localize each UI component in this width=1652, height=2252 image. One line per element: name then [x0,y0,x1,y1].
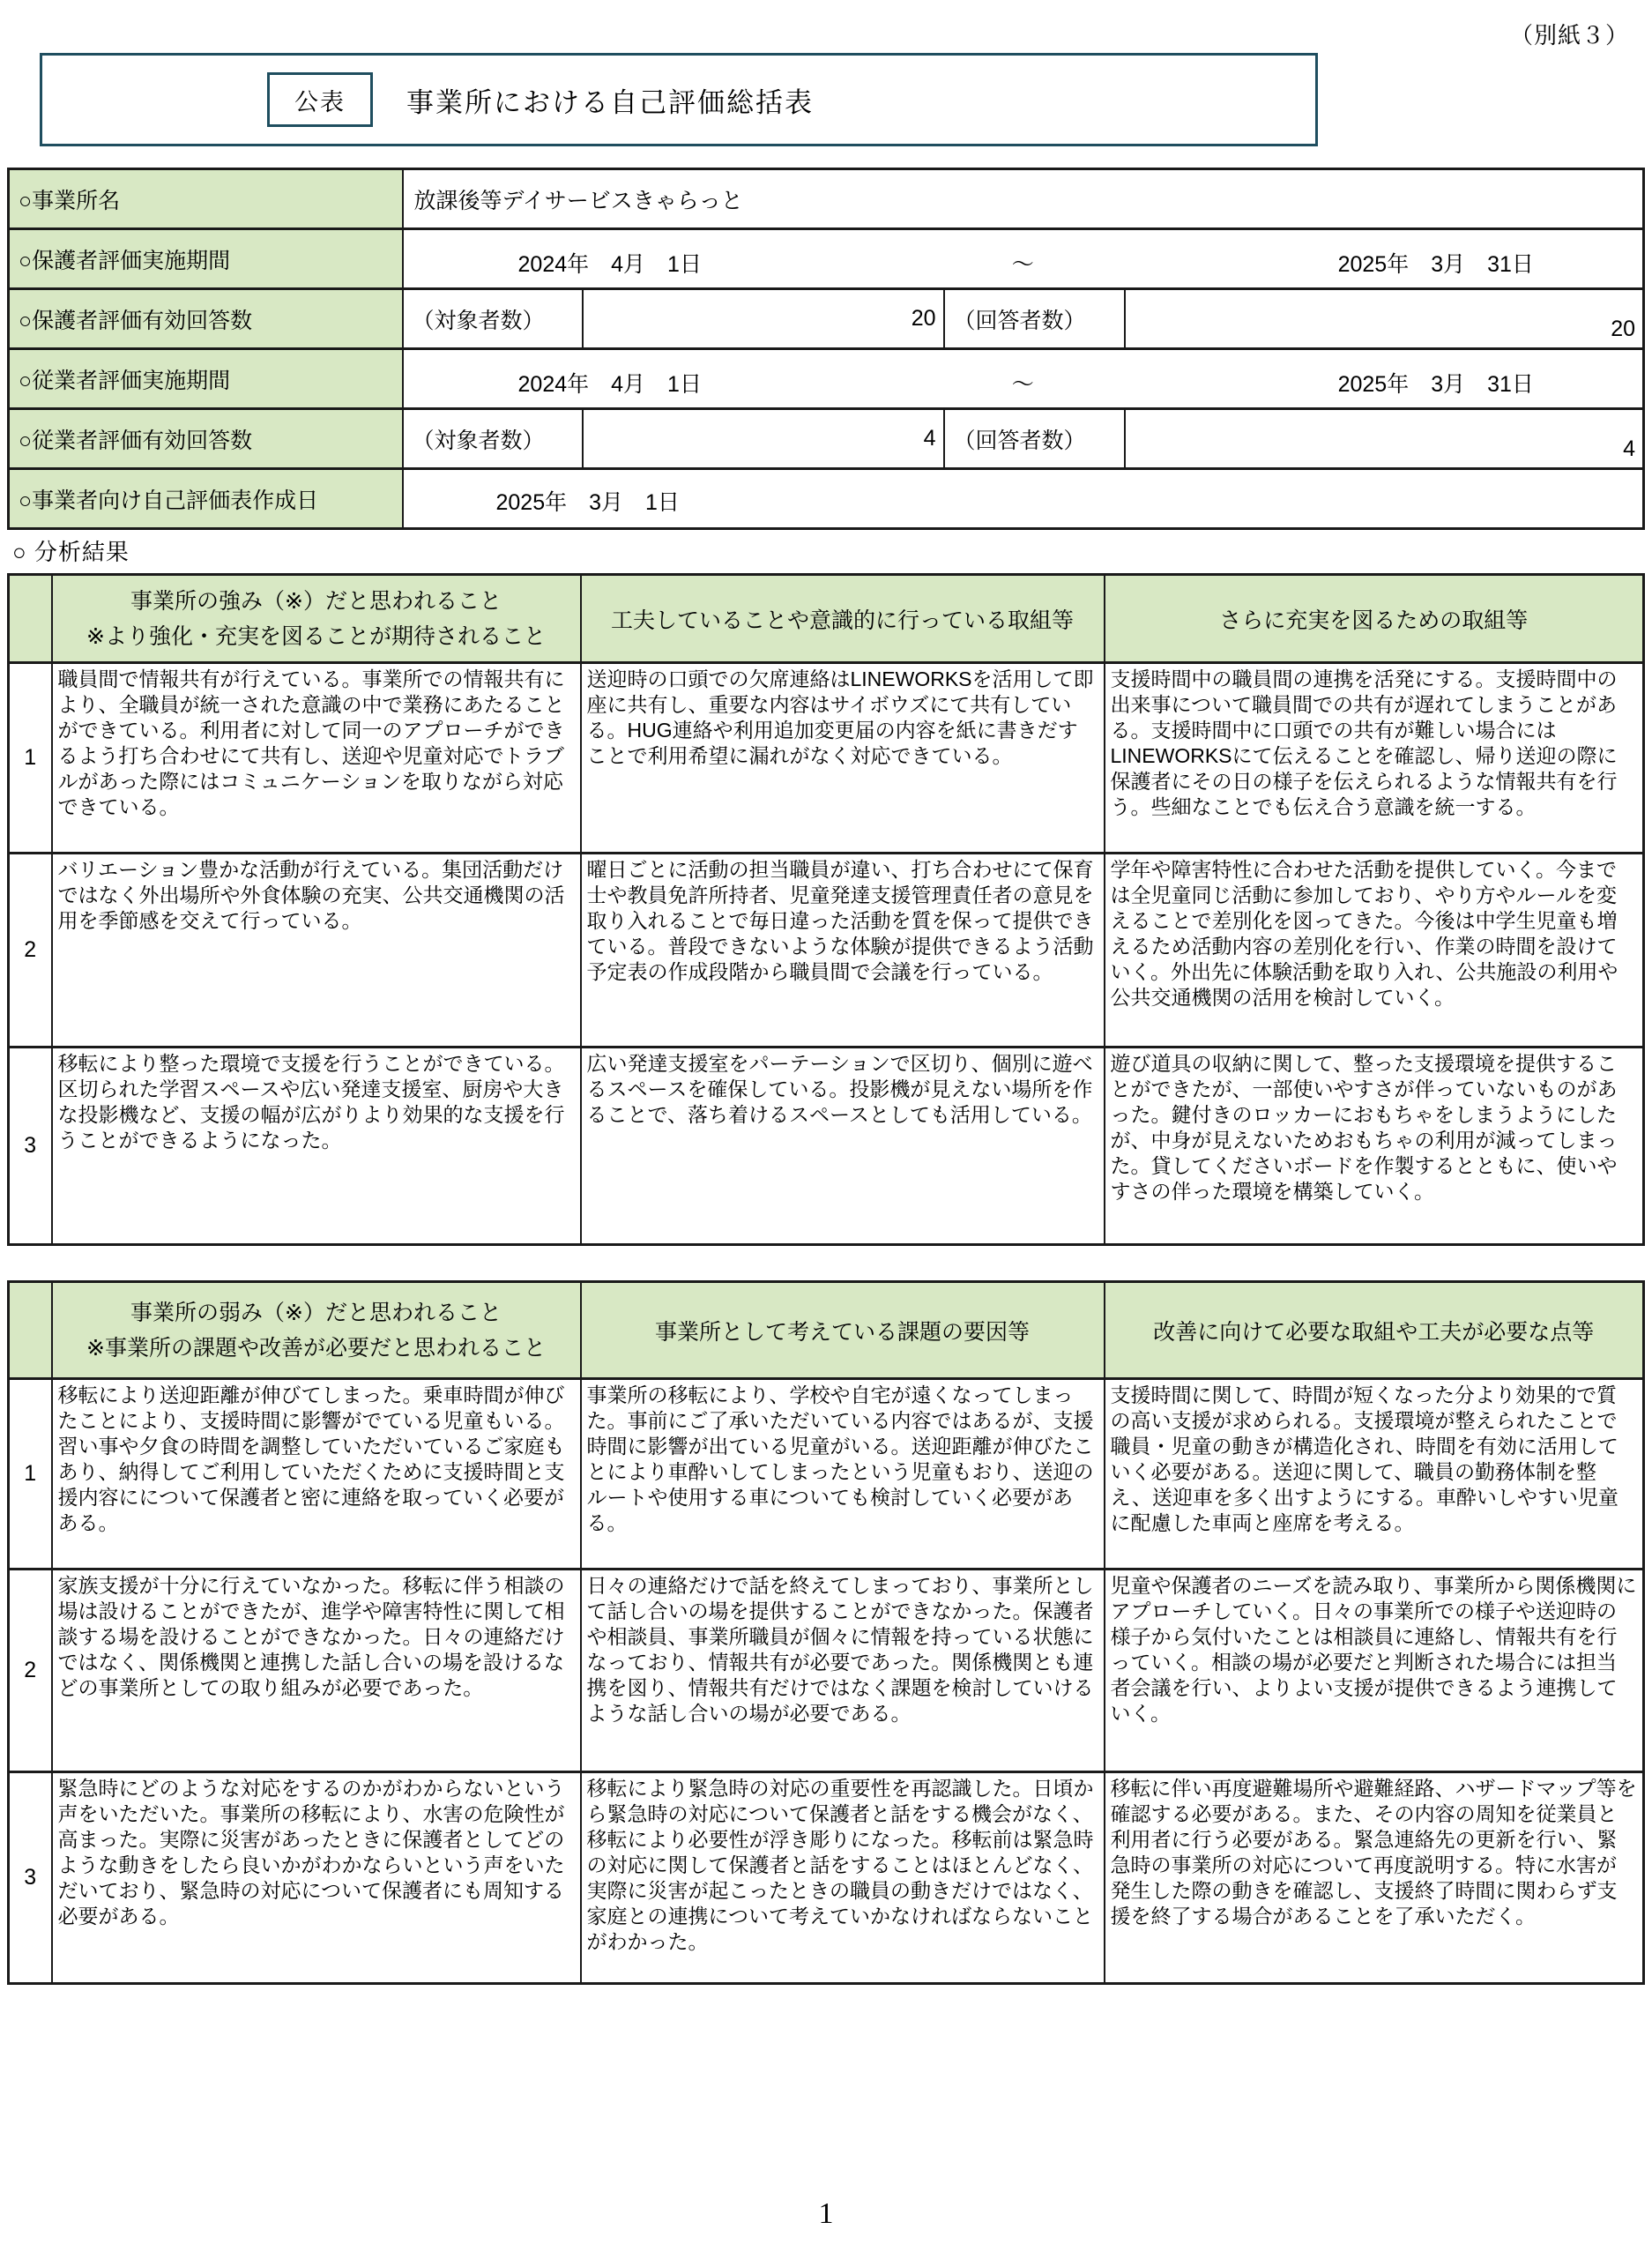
weaknesses-table: 事業所の弱み（※）だと思われること ※事業所の課題や改善が必要だと思われること … [7,1280,1645,1985]
guardian-period-range: 2024年 4月 1日 ～ 2025年 3月 31日 [404,247,1643,287]
staff-responses-label: ○従業者評価有効回答数 [9,409,403,469]
guardian-period-tilde: ～ [816,247,1230,279]
weaknesses-header-col3: 改善に向けて必要な取組や工夫が必要な点等 [1105,1282,1644,1379]
efforts-text: 曜日ごとに活動の担当職員が違い、打ち合わせにて保育士や教員免許所持者、児童発達支… [581,854,1105,1048]
business-name-label: ○事業所名 [9,169,403,229]
self-eval-date-label: ○事業者向け自己評価表作成日 [9,469,403,529]
row-number: 3 [9,1048,52,1245]
cause-text: 移転により緊急時の対応の重要性を再認識した。日頃から緊急時の対応について保護者と… [581,1772,1105,1984]
guardian-responses-label: ○保護者評価有効回答数 [9,289,403,349]
weakness-text: 移転により送迎距離が伸びてしまった。乗車時間が伸びたことにより、支援時間に影響が… [52,1379,581,1570]
strengths-header-number [9,575,52,663]
guardian-target-label: （対象者数） [403,289,583,349]
efforts-text: 広い発達支援室をパーテーションで区切り、個別に遊べるスペースを確保している。投影… [581,1048,1105,1245]
improvements-text: 遊び道具の収納に関して、整った支援環境を提供することができたが、一部使いやすさが… [1105,1048,1644,1245]
improvements-text: 学年や障害特性に合わせた活動を提供していく。今までは全児童同じ活動に参加しており… [1105,854,1644,1048]
weakness-text: 緊急時にどのような対応をするのかがわからないという声をいただいた。事業所の移転に… [52,1772,581,1984]
weaknesses-header-col1-line2: ※事業所の課題や改善が必要だと思われること [60,1331,573,1366]
weaknesses-row-1: 1 移転により送迎距離が伸びてしまった。乗車時間が伸びたことにより、支援時間に影… [9,1379,1644,1570]
weaknesses-row-2: 2 家族支援が十分に行えていなかった。移転に伴う相談の場は設けることができたが、… [9,1570,1644,1772]
guardian-period-value: 2024年 4月 1日 ～ 2025年 3月 31日 [403,229,1644,289]
staff-respondent-count: 4 [1125,409,1644,469]
strength-text: バリエーション豊かな活動が行えている。集団活動だけではなく外出場所や外食体験の充… [52,854,581,1048]
strengths-header-col2: 工夫していることや意識的に行っている取組等 [581,575,1105,663]
weakness-text: 家族支援が十分に行えていなかった。移転に伴う相談の場は設けることができたが、進学… [52,1570,581,1772]
staff-period-end: 2025年 3月 31日 [1230,367,1643,399]
attachment-note: （別紙３） [1510,18,1629,50]
strengths-header-col1-line2: ※より強化・充実を図ることが期待されること [60,619,573,654]
strengths-header-row: 事業所の強み（※）だと思われること ※より強化・充実を図ることが期待されること … [9,575,1644,663]
row-number: 2 [9,1570,52,1772]
row-number: 2 [9,854,52,1048]
weaknesses-header-col2: 事業所として考えている課題の要因等 [581,1282,1105,1379]
strengths-header-col1-line1: 事業所の強み（※）だと思われること [60,584,573,619]
staff-target-label: （対象者数） [403,409,583,469]
info-row-business-name: ○事業所名 放課後等デイサービスきゃらっと [9,169,1644,229]
self-eval-date-value: 2025年 3月 1日 [403,469,1644,529]
info-row-staff-responses: ○従業者評価有効回答数 （対象者数） 4 （回答者数） 4 [9,409,1644,469]
info-table: ○事業所名 放課後等デイサービスきゃらっと ○保護者評価実施期間 2024年 4… [7,168,1645,530]
strengths-header-col1: 事業所の強み（※）だと思われること ※より強化・充実を図ることが期待されること [52,575,581,663]
info-row-guardian-responses: ○保護者評価有効回答数 （対象者数） 20 （回答者数） 20 [9,289,1644,349]
guardian-respondent-count: 20 [1125,289,1644,349]
title-box: 公表 事業所における自己評価総括表 [40,53,1318,146]
staff-period-value: 2024年 4月 1日 ～ 2025年 3月 31日 [403,349,1644,409]
weaknesses-row-3: 3 緊急時にどのような対応をするのかがわからないという声をいただいた。事業所の移… [9,1772,1644,1984]
weaknesses-header-col1-line1: 事業所の弱み（※）だと思われること [60,1295,573,1331]
cause-text: 事業所の移転により、学校や自宅が遠くなってしまった。事前にご了承いただいている内… [581,1379,1105,1570]
efforts-text: 送迎時の口頭での欠席連絡はLINEWORKSを活用して即座に共有し、重要な内容は… [581,663,1105,854]
info-row-guardian-period: ○保護者評価実施期間 2024年 4月 1日 ～ 2025年 3月 31日 [9,229,1644,289]
action-text: 児童や保護者のニーズを読み取り、事業所から関係機関にアプローチしていく。日々の事… [1105,1570,1644,1772]
row-number: 1 [9,663,52,854]
strength-text: 職員間で情報共有が行えている。事業所での情報共有により、全職員が統一された意識の… [52,663,581,854]
guardian-period-label: ○保護者評価実施期間 [9,229,403,289]
public-label-box: 公表 [267,72,373,127]
strengths-row-2: 2 バリエーション豊かな活動が行えている。集団活動だけではなく外出場所や外食体験… [9,854,1644,1048]
business-name-value: 放課後等デイサービスきゃらっと [403,169,1644,229]
document-page: （別紙３） 公表 事業所における自己評価総括表 ○事業所名 放課後等デイサービス… [0,0,1652,2252]
action-text: 支援時間に関して、時間が短くなった分より効果的で質の高い支援が求められる。支援環… [1105,1379,1644,1570]
guardian-period-start: 2024年 4月 1日 [404,247,817,279]
staff-period-label: ○従業者評価実施期間 [9,349,403,409]
staff-period-tilde: ～ [816,367,1230,399]
info-row-self-eval-date: ○事業者向け自己評価表作成日 2025年 3月 1日 [9,469,1644,529]
weaknesses-header-col1: 事業所の弱み（※）だと思われること ※事業所の課題や改善が必要だと思われること [52,1282,581,1379]
row-number: 1 [9,1379,52,1570]
weaknesses-header-number [9,1282,52,1379]
info-row-staff-period: ○従業者評価実施期間 2024年 4月 1日 ～ 2025年 3月 31日 [9,349,1644,409]
strengths-row-1: 1 職員間で情報共有が行えている。事業所での情報共有により、全職員が統一された意… [9,663,1644,854]
page-title: 事業所における自己評価総括表 [406,80,814,120]
improvements-text: 支援時間中の職員間の連携を活発にする。支援時間中の出来事について職員間での共有が… [1105,663,1644,854]
cause-text: 日々の連絡だけで話を終えてしまっており、事業所として話し合いの場を提供することが… [581,1570,1105,1772]
weaknesses-header-row: 事業所の弱み（※）だと思われること ※事業所の課題や改善が必要だと思われること … [9,1282,1644,1379]
staff-target-count: 4 [583,409,944,469]
strength-text: 移転により整った環境で支援を行うことができている。区切られた学習スペースや広い発… [52,1048,581,1245]
page-number: 1 [0,2197,1652,2231]
staff-period-range: 2024年 4月 1日 ～ 2025年 3月 31日 [404,367,1643,407]
row-number: 3 [9,1772,52,1984]
guardian-period-end: 2025年 3月 31日 [1230,247,1643,279]
strengths-table: 事業所の強み（※）だと思われること ※より強化・充実を図ることが期待されること … [7,573,1645,1246]
analysis-results-label: ○ 分析結果 [12,534,130,567]
action-text: 移転に伴い再度避難場所や避難経路、ハザードマップ等を確認する必要がある。また、そ… [1105,1772,1644,1984]
guardian-respondent-label: （回答者数） [944,289,1125,349]
guardian-target-count: 20 [583,289,944,349]
strengths-row-3: 3 移転により整った環境で支援を行うことができている。区切られた学習スペースや広… [9,1048,1644,1245]
strengths-header-col3: さらに充実を図るための取組等 [1105,575,1644,663]
staff-period-start: 2024年 4月 1日 [404,367,817,399]
staff-respondent-label: （回答者数） [944,409,1125,469]
